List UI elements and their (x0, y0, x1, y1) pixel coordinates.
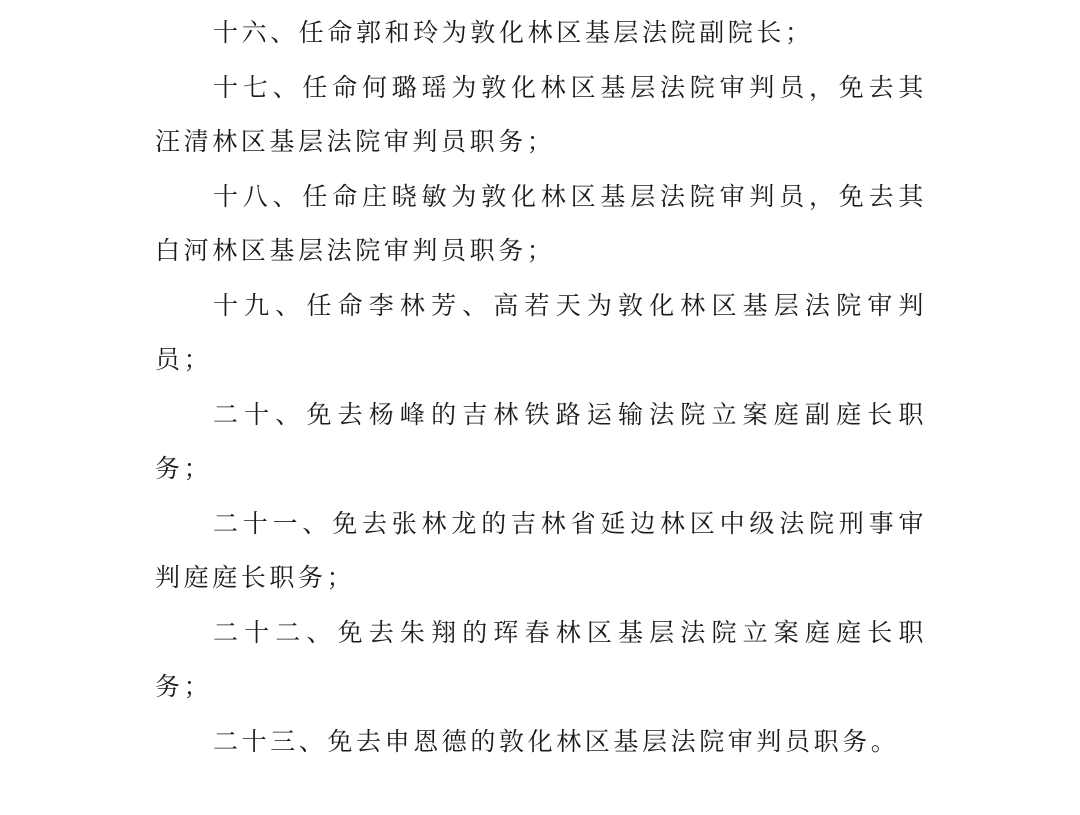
paragraph-item-17: 十七、任命何璐瑶为敦化林区基层法院审判员，免去其汪清林区基层法院审判员职务； (155, 61, 927, 170)
paragraph-item-23: 二十三、免去申恩德的敦化林区基层法院审判员职务。 (155, 715, 927, 770)
paragraph-item-18: 十八、任命庄晓敏为敦化林区基层法院审判员，免去其白河林区基层法院审判员职务； (155, 170, 927, 279)
paragraph-item-21: 二十一、免去张林龙的吉林省延边林区中级法院刑事审判庭庭长职务； (155, 497, 927, 606)
document-page: 十六、任命郭和玲为敦化林区基层法院副院长； 十七、任命何璐瑶为敦化林区基层法院审… (155, 6, 927, 769)
paragraph-item-20: 二十、免去杨峰的吉林铁路运输法院立案庭副庭长职务； (155, 388, 927, 497)
paragraph-item-19: 十九、任命李林芳、高若天为敦化林区基层法院审判员； (155, 279, 927, 388)
paragraph-item-16: 十六、任命郭和玲为敦化林区基层法院副院长； (155, 6, 927, 61)
paragraph-item-22: 二十二、免去朱翔的珲春林区基层法院立案庭庭长职务； (155, 606, 927, 715)
